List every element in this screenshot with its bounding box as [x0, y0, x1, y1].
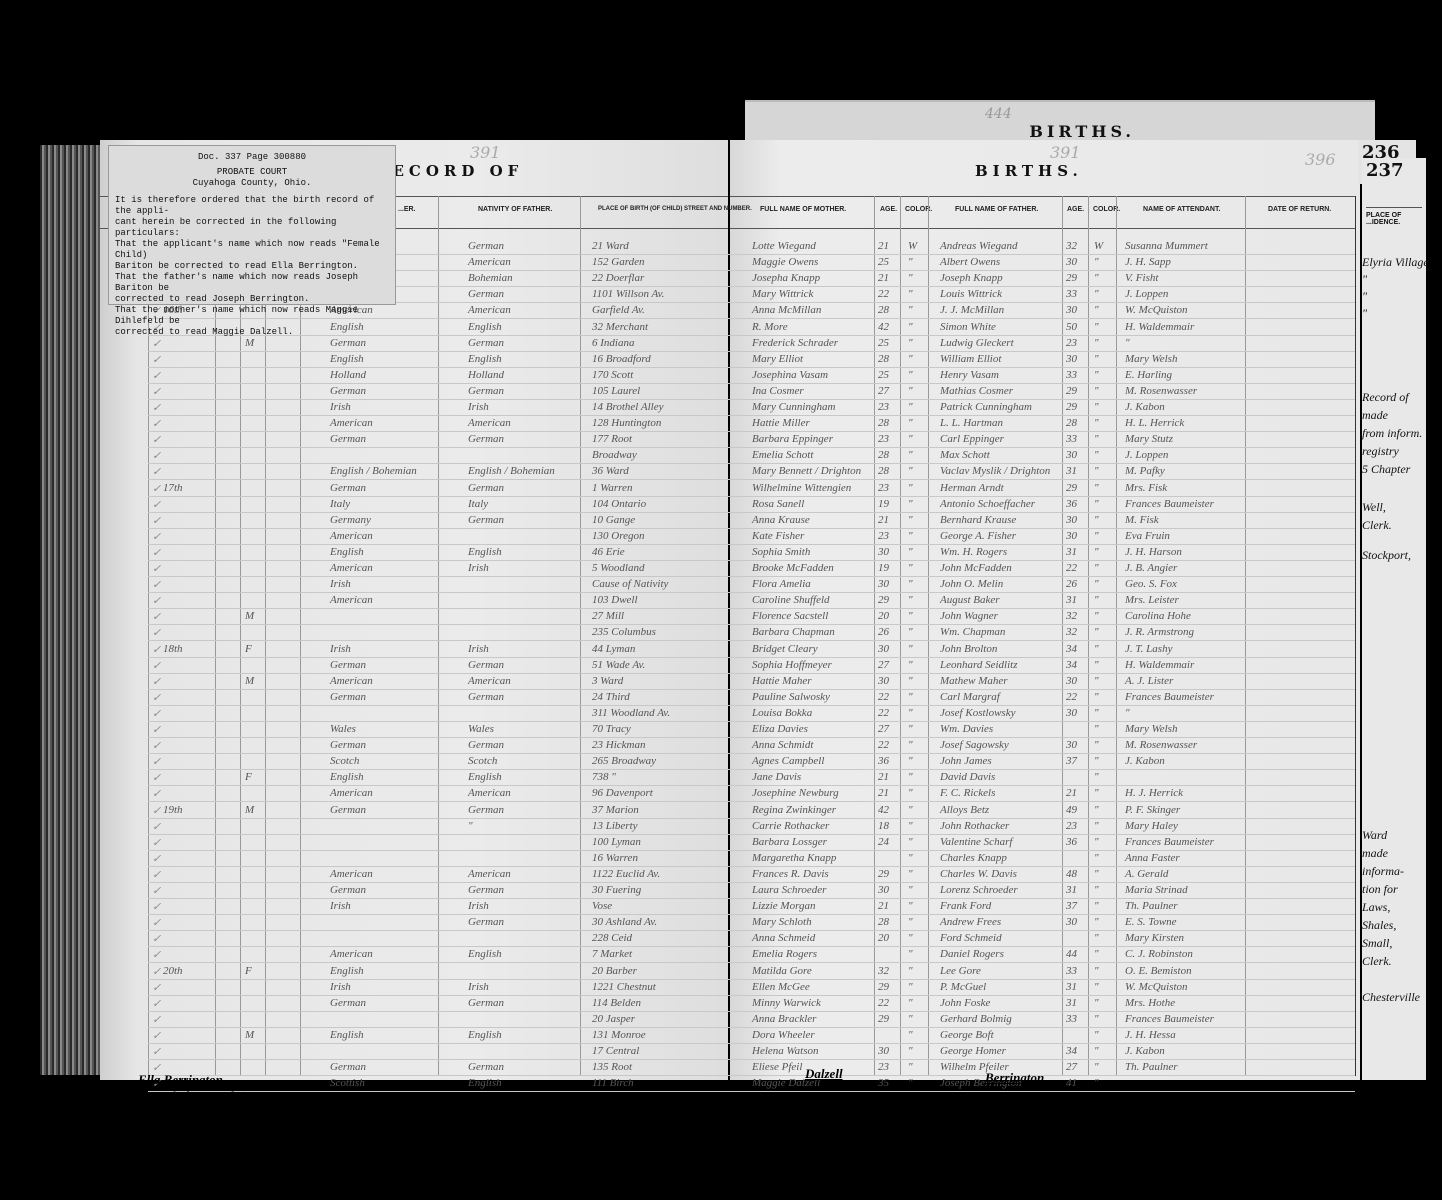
attendant-cell: ": [1125, 707, 1130, 719]
nativity-mother-cell: German: [330, 884, 366, 896]
attendant-cell: J. H. Harson: [1125, 546, 1182, 558]
nativity-father-cell: Italy: [468, 498, 488, 510]
margin-note: made: [1362, 408, 1388, 423]
nativity-mother-cell: English / Bohemian: [330, 465, 417, 477]
notice-line: That the applicant's name which now read…: [115, 239, 389, 261]
attendant-cell: H. Waldemmair: [1125, 321, 1194, 333]
father-name-cell: Lee Gore: [940, 965, 981, 977]
date-cell: 18th: [163, 643, 183, 655]
check-mark-icon: ✓: [152, 884, 161, 897]
mother-name-cell: Margaretha Knapp: [752, 852, 836, 864]
father-name-cell: Ford Schmeid: [940, 932, 1002, 944]
mother-age-cell: 30: [878, 884, 889, 896]
father-age-cell: 34: [1066, 659, 1077, 671]
attendant-cell: Frances Baumeister: [1125, 498, 1214, 510]
place-cell: 16 Broadford: [592, 353, 651, 365]
nativity-father-cell: English: [468, 1077, 502, 1089]
mother-name-cell: Emelia Rogers: [752, 948, 817, 960]
margin-note: Record of: [1362, 390, 1409, 405]
nativity-mother-cell: American: [330, 675, 373, 687]
mother-name-cell: Agnes Campbell: [752, 755, 824, 767]
right-pencil-number: 391: [1050, 143, 1081, 162]
mother-age-cell: 18: [878, 820, 889, 832]
father-color-cell: ": [1094, 852, 1099, 864]
mother-age-cell: 36: [878, 755, 889, 767]
father-name-cell: Josef Sagowsky: [940, 739, 1009, 751]
father-age-cell: 33: [1066, 965, 1077, 977]
nativity-father-cell: Bohemian: [468, 272, 513, 284]
father-color-cell: ": [1094, 449, 1099, 461]
margin-note: ": [1362, 272, 1367, 287]
attendant-cell: Mary Haley: [1125, 820, 1178, 832]
mother-age-cell: 22: [878, 691, 889, 703]
father-color-cell: ": [1094, 1077, 1099, 1089]
check-mark-icon: ✓: [152, 659, 161, 672]
mother-color-cell: ": [908, 723, 913, 735]
check-mark-icon: ✓: [152, 353, 161, 366]
mother-color-cell: ": [908, 1029, 913, 1041]
attendant-cell: Mary Welsh: [1125, 723, 1177, 735]
row-rule: [148, 737, 1355, 738]
father-color-cell: ": [1094, 1029, 1099, 1041]
mother-color-cell: ": [908, 482, 913, 494]
mother-age-cell: 29: [878, 868, 889, 880]
father-age-cell: 37: [1066, 900, 1077, 912]
row-rule: [148, 946, 1355, 947]
row-rule: [148, 640, 1355, 641]
place-cell: 100 Lyman: [592, 836, 641, 848]
nativity-mother-cell: English: [330, 771, 364, 783]
father-name-cell: L. L. Hartman: [940, 417, 1003, 429]
father-color-cell: ": [1094, 465, 1099, 477]
father-age-cell: 41: [1066, 1077, 1077, 1089]
father-age-cell: 37: [1066, 755, 1077, 767]
father-age-cell: 30: [1066, 256, 1077, 268]
nativity-father-cell: Scotch: [468, 755, 497, 767]
mother-age-cell: 32: [878, 965, 889, 977]
father-color-cell: ": [1094, 385, 1099, 397]
col-rule: [900, 196, 901, 1076]
attendant-cell: M. Rosenwasser: [1125, 385, 1197, 397]
header-rule-bottom-right: [730, 228, 1355, 229]
mother-name-cell: Barbara Eppinger: [752, 433, 833, 445]
check-mark-icon: ✓: [152, 787, 161, 800]
mother-name-cell: Sophia Smith: [752, 546, 810, 558]
father-name-cell: Henry Vasam: [940, 369, 999, 381]
check-mark-icon: ✓: [152, 369, 161, 382]
mother-age-cell: 20: [878, 610, 889, 622]
mother-age-cell: 21: [878, 514, 889, 526]
nativity-mother-cell: American: [330, 868, 373, 880]
check-mark-icon: ✓: [152, 594, 161, 607]
father-name-cell: David Davis: [940, 771, 995, 783]
place-cell: 96 Davenport: [592, 787, 653, 799]
check-mark-icon: ✓: [152, 868, 161, 881]
father-color-cell: ": [1094, 820, 1099, 832]
margin-note: Laws,: [1362, 900, 1390, 915]
mother-color-cell: ": [908, 1077, 913, 1089]
father-age-cell: 27: [1066, 1061, 1077, 1073]
row-rule: [148, 463, 1355, 464]
margin-note: ": [1362, 289, 1367, 304]
mother-color-cell: ": [908, 771, 913, 783]
sex-cell: F: [245, 965, 252, 977]
father-name-cell: Carl Eppinger: [940, 433, 1004, 445]
mother-age-cell: 23: [878, 1061, 889, 1073]
row-rule: [148, 753, 1355, 754]
col-nativity-mother: ...ER.: [398, 206, 416, 213]
mother-color-cell: ": [908, 433, 913, 445]
row-rule: [148, 850, 1355, 851]
mother-age-cell: 28: [878, 417, 889, 429]
father-name-cell: Mathew Maher: [940, 675, 1008, 687]
mother-name-cell: Mary Wittrick: [752, 288, 813, 300]
date-cell: 17th: [163, 482, 183, 494]
place-cell: 21 Ward: [592, 240, 629, 252]
left-pencil-number: 391: [470, 143, 501, 162]
row-rule: [148, 351, 1355, 352]
check-mark-icon: ✓: [152, 1013, 161, 1026]
col-mother-name: FULL NAME OF MOTHER.: [760, 206, 846, 213]
father-age-cell: 33: [1066, 288, 1077, 300]
check-mark-icon: ✓: [152, 965, 161, 978]
father-age-cell: 22: [1066, 562, 1077, 574]
mother-name-cell: Minny Warwick: [752, 997, 821, 1009]
attendant-cell: Mrs. Hothe: [1125, 997, 1175, 1009]
mother-color-cell: ": [908, 256, 913, 268]
row-rule: [148, 1043, 1355, 1044]
father-color-cell: ": [1094, 321, 1099, 333]
father-color-cell: ": [1094, 530, 1099, 542]
mother-age-cell: 25: [878, 369, 889, 381]
check-mark-icon: ✓: [152, 675, 161, 688]
attendant-cell: Mary Kirsten: [1125, 932, 1184, 944]
row-rule: [148, 818, 1355, 819]
nativity-mother-cell: Irish: [330, 900, 351, 912]
father-age-cell: 28: [1066, 417, 1077, 429]
place-cell: 51 Wade Av.: [592, 659, 645, 671]
father-age-cell: 30: [1066, 514, 1077, 526]
attendant-cell: Mrs. Fisk: [1125, 482, 1167, 494]
mother-age-cell: 22: [878, 739, 889, 751]
father-age-cell: 31: [1066, 981, 1077, 993]
mother-age-cell: 21: [878, 240, 889, 252]
father-age-cell: 31: [1066, 884, 1077, 896]
nativity-mother-cell: German: [330, 1061, 366, 1073]
place-cell: 20 Barber: [592, 965, 637, 977]
attendant-cell: J. R. Armstrong: [1125, 626, 1194, 638]
father-name-cell: John McFadden: [940, 562, 1012, 574]
father-name-cell: Leonhard Seidlitz: [940, 659, 1018, 671]
mother-name-cell: Lizzie Morgan: [752, 900, 815, 912]
mother-name-cell: Regina Zwinkinger: [752, 804, 836, 816]
father-color-cell: ": [1094, 643, 1099, 655]
row-rule: [148, 608, 1355, 609]
nativity-father-cell: German: [468, 691, 504, 703]
mother-name-cell: Hattie Maher: [752, 675, 812, 687]
check-mark-icon: ✓: [152, 836, 161, 849]
margin-note: Small,: [1362, 936, 1392, 951]
father-name-cell: Mathias Cosmer: [940, 385, 1013, 397]
col-place-of-birth: Place of Birth (of Child) Street and Num…: [598, 206, 752, 212]
nativity-mother-cell: German: [330, 433, 366, 445]
father-name-cell: Bernhard Krause: [940, 514, 1016, 526]
check-mark-icon: ✓: [152, 804, 161, 817]
mother-age-cell: 30: [878, 643, 889, 655]
col-date-of-return: DATE OF RETURN.: [1268, 206, 1331, 213]
margin-note: Shales,: [1362, 918, 1396, 933]
father-color-cell: ": [1094, 981, 1099, 993]
mother-name-cell: Rosa Sanell: [752, 498, 804, 510]
sex-cell: M: [245, 804, 254, 816]
row-rule: [148, 979, 1355, 980]
father-color-cell: ": [1094, 997, 1099, 1009]
father-age-cell: 31: [1066, 546, 1077, 558]
place-cell: 24 Third: [592, 691, 630, 703]
place-cell: 104 Ontario: [592, 498, 646, 510]
date-cell: 19th: [163, 804, 183, 816]
mother-color-cell: ": [908, 530, 913, 542]
nativity-father-cell: German: [468, 337, 504, 349]
father-color-cell: ": [1094, 1013, 1099, 1025]
father-color-cell: ": [1094, 546, 1099, 558]
mother-color-cell: ": [908, 691, 913, 703]
place-cell: 32 Merchant: [592, 321, 648, 333]
row-rule: [148, 367, 1355, 368]
father-name-cell: August Baker: [940, 594, 1000, 606]
nativity-mother-cell: American: [330, 594, 373, 606]
father-color-cell: ": [1094, 948, 1099, 960]
nativity-father-cell: American: [468, 417, 511, 429]
attendant-cell: J. Loppen: [1125, 288, 1168, 300]
father-age-cell: 50: [1066, 321, 1077, 333]
father-age-cell: 32: [1066, 626, 1077, 638]
father-age-cell: 34: [1066, 643, 1077, 655]
father-age-cell: 30: [1066, 530, 1077, 542]
mother-name-cell: Wilhelmine Wittengien: [752, 482, 851, 494]
col-rule: [1355, 196, 1356, 1076]
mother-name-cell: Jane Davis: [752, 771, 801, 783]
col-father-age: Age.: [1067, 206, 1084, 213]
mother-name-cell: Anna Krause: [752, 514, 810, 526]
mother-color-cell: ": [908, 578, 913, 590]
header-rule-top-right: [730, 196, 1355, 197]
attendant-cell: J. Kabon: [1125, 1045, 1165, 1057]
father-color-cell: ": [1094, 932, 1099, 944]
father-name-cell: Alloys Betz: [940, 804, 989, 816]
father-name-cell: Josef Kostlowsky: [940, 707, 1015, 719]
father-color-cell: ": [1094, 675, 1099, 687]
row-rule: [148, 769, 1355, 770]
col-rule: [1088, 196, 1089, 1076]
row-rule: [148, 801, 1355, 802]
place-cell: 114 Belden: [592, 997, 641, 1009]
father-name-cell: Gerhard Bolmig: [940, 1013, 1012, 1025]
mother-name-cell: Barbara Lossger: [752, 836, 827, 848]
place-cell: Garfield Av.: [592, 304, 645, 316]
mother-age-cell: 22: [878, 707, 889, 719]
father-name-cell: William Elliot: [940, 353, 1001, 365]
attendant-cell: W. McQuiston: [1125, 304, 1188, 316]
father-age-cell: 29: [1066, 482, 1077, 494]
father-color-cell: ": [1094, 739, 1099, 751]
row-rule: [148, 399, 1355, 400]
attendant-cell: J. H. Sapp: [1125, 256, 1171, 268]
row-rule: [148, 528, 1355, 529]
father-color-cell: ": [1094, 304, 1099, 316]
row-rule: [148, 995, 1355, 996]
nativity-mother-cell: Scotch: [330, 755, 359, 767]
father-color-cell: ": [1094, 965, 1099, 977]
nativity-mother-cell: Wales: [330, 723, 356, 735]
row-rule: [148, 705, 1355, 706]
attendant-cell: H. L. Herrick: [1125, 417, 1184, 429]
mother-name-cell: Mary Schloth: [752, 916, 812, 928]
check-mark-icon: ✓: [152, 739, 161, 752]
father-color-cell: ": [1094, 900, 1099, 912]
place-cell: 1 Warren: [592, 482, 632, 494]
mother-color-cell: ": [908, 787, 913, 799]
nativity-father-cell: Irish: [468, 981, 489, 993]
father-name-cell: Vaclav Myslik / Drighton: [940, 465, 1050, 477]
nativity-father-cell: German: [468, 916, 504, 928]
check-mark-icon: ✓: [152, 755, 161, 768]
right-corner-pencil-number: 396: [1305, 150, 1336, 169]
father-color-cell: ": [1094, 626, 1099, 638]
margin-note: registry: [1362, 444, 1399, 459]
nativity-father-cell: English: [468, 1029, 502, 1041]
father-age-cell: 31: [1066, 594, 1077, 606]
nativity-father-cell: German: [468, 884, 504, 896]
row-rule: [148, 415, 1355, 416]
father-name-cell: Wm. Davies: [940, 723, 993, 735]
mother-color-cell: ": [908, 868, 913, 880]
nativity-father-cell: Irish: [468, 643, 489, 655]
mother-name-correction: Dalzell: [805, 1066, 843, 1082]
nativity-father-cell: German: [468, 288, 504, 300]
mother-name-cell: Dora Wheeler: [752, 1029, 815, 1041]
place-cell: 1101 Willson Av.: [592, 288, 664, 300]
margin-note: Elyria Village: [1362, 255, 1429, 270]
attendant-cell: J. B. Angier: [1125, 562, 1177, 574]
father-age-cell: 31: [1066, 997, 1077, 1009]
place-cell: 152 Garden: [592, 256, 644, 268]
tab-237-label: 237: [1366, 160, 1404, 181]
row-rule: [148, 882, 1355, 883]
nativity-mother-cell: English: [330, 546, 364, 558]
mother-color-cell: ": [908, 353, 913, 365]
sex-cell: M: [245, 1029, 254, 1041]
father-age-cell: 30: [1066, 449, 1077, 461]
mother-age-cell: 21: [878, 771, 889, 783]
nativity-father-cell: American: [468, 256, 511, 268]
margin-note: Clerk.: [1362, 954, 1392, 969]
father-name-cell: George A. Fisher: [940, 530, 1016, 542]
nativity-father-cell: English: [468, 771, 502, 783]
father-color-cell: ": [1094, 288, 1099, 300]
next-page-column-header: PLACE OF ...IDENCE.: [1366, 207, 1422, 226]
father-color-cell: ": [1094, 884, 1099, 896]
mother-age-cell: 29: [878, 981, 889, 993]
mother-color-cell: ": [908, 465, 913, 477]
check-mark-icon: ✓: [152, 385, 161, 398]
place-cell: 36 Ward: [592, 465, 629, 477]
check-mark-icon: ✓: [152, 626, 161, 639]
place-cell: 5 Woodland: [592, 562, 644, 574]
father-color-cell: ": [1094, 594, 1099, 606]
row-rule: [148, 512, 1355, 513]
nativity-father-cell: English: [468, 546, 502, 558]
mother-age-cell: 28: [878, 916, 889, 928]
mother-age-cell: 27: [878, 385, 889, 397]
mother-age-cell: 23: [878, 530, 889, 542]
row-rule: [148, 689, 1355, 690]
father-name-cell: P. McGuel: [940, 981, 986, 993]
nativity-father-cell: German: [468, 385, 504, 397]
father-color-cell: ": [1094, 1061, 1099, 1073]
check-mark-icon: ✓: [152, 691, 161, 704]
nativity-father-cell: German: [468, 1061, 504, 1073]
check-mark-icon: ✓: [152, 546, 161, 559]
mother-name-cell: Sophia Hoffmeyer: [752, 659, 832, 671]
row-rule: [148, 1075, 1355, 1076]
mother-color-cell: ": [908, 1013, 913, 1025]
nativity-mother-cell: German: [330, 482, 366, 494]
father-name-cell: Frank Ford: [940, 900, 991, 912]
mother-color-cell: ": [908, 739, 913, 751]
row-rule: [148, 898, 1355, 899]
nativity-mother-cell: Germany: [330, 514, 371, 526]
father-name-cell: Andreas Wiegand: [940, 240, 1018, 252]
father-color-cell: ": [1094, 755, 1099, 767]
father-name-cell: John Rothacker: [940, 820, 1009, 832]
margin-note: 5 Chapter: [1362, 462, 1410, 477]
father-age-cell: 30: [1066, 353, 1077, 365]
mother-age-cell: 27: [878, 723, 889, 735]
place-cell: 103 Dwell: [592, 594, 638, 606]
check-mark-icon: ✓: [152, 643, 161, 656]
row-rule: [148, 1059, 1355, 1060]
father-name-cell: Herman Arndt: [940, 482, 1004, 494]
row-rule: [148, 673, 1355, 674]
place-cell: 170 Scott: [592, 369, 633, 381]
nativity-father-cell: German: [468, 659, 504, 671]
mother-age-cell: 28: [878, 449, 889, 461]
notice-body: It is therefore ordered that the birth r…: [115, 195, 389, 338]
mother-age-cell: 30: [878, 546, 889, 558]
place-cell: 30 Ashland Av.: [592, 916, 657, 928]
nativity-mother-cell: Irish: [330, 643, 351, 655]
father-color-cell: ": [1094, 787, 1099, 799]
father-color-cell: ": [1094, 482, 1099, 494]
check-mark-icon: ✓: [152, 530, 161, 543]
mother-age-cell: 30: [878, 1045, 889, 1057]
place-cell: Cause of Nativity: [592, 578, 668, 590]
father-age-cell: 29: [1066, 401, 1077, 413]
father-name-cell: John Brolton: [940, 643, 997, 655]
mother-age-cell: 42: [878, 321, 889, 333]
back-sheet-pencil-number: 444: [985, 106, 1012, 122]
attendant-cell: Eva Fruin: [1125, 530, 1170, 542]
col-rule: [874, 196, 875, 1076]
father-color-cell: ": [1094, 836, 1099, 848]
mother-color-cell: ": [908, 836, 913, 848]
mother-name-cell: Frances R. Davis: [752, 868, 829, 880]
attendant-cell: Carolina Hohe: [1125, 610, 1191, 622]
father-name-cell: Antonio Schoeffacher: [940, 498, 1035, 510]
nativity-mother-cell: German: [330, 804, 366, 816]
father-name-cell: Wm. Chapman: [940, 626, 1005, 638]
